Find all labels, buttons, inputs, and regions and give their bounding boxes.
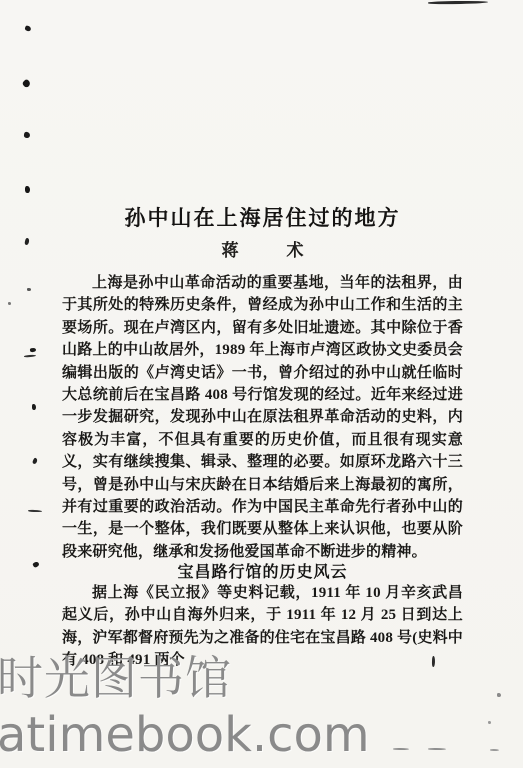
edge-bar [428, 0, 488, 4]
article-title: 孙中山在上海居住过的地方 [62, 202, 463, 232]
paragraph-intro: 上海是孙中山革命活动的重要基地，当年的法租界，由于其所处的特殊历史条件，曾经成为… [62, 272, 463, 563]
paragraph-baochang-road: 据上海《民立报》等史料记载，1911 年 10 月辛亥武昌起义后，孙中山自海外归… [62, 582, 463, 672]
gray-speck [488, 721, 491, 724]
ink-speck [32, 457, 38, 464]
ink-speck [24, 238, 30, 246]
gray-speck [497, 693, 501, 697]
gray-dash [490, 749, 499, 751]
ink-speck [32, 404, 36, 410]
ink-speck [30, 348, 37, 353]
scanned-book-page: 孙中山在上海居住过的地方 蒋术 上海是孙中山革命活动的重要基地，当年的法租界，由… [0, 0, 523, 768]
ink-dash [24, 354, 36, 357]
ink-speck [22, 79, 32, 89]
ink-speck [24, 25, 31, 32]
author-given-name: 术 [287, 241, 304, 260]
ink-speck [24, 132, 31, 139]
ink-speck [8, 302, 11, 305]
ink-speck [25, 186, 30, 193]
ink-dash [28, 510, 42, 512]
section-heading: 宝昌路行馆的历史风云 [62, 559, 463, 582]
author-family-name: 蒋 [222, 241, 239, 260]
gray-dash [393, 748, 409, 750]
ink-speck [27, 288, 31, 291]
watermark-site-url: atimebook.com [0, 708, 520, 762]
gray-dash [428, 748, 446, 750]
ink-speck [32, 561, 40, 568]
author-line: 蒋术 [62, 236, 463, 261]
